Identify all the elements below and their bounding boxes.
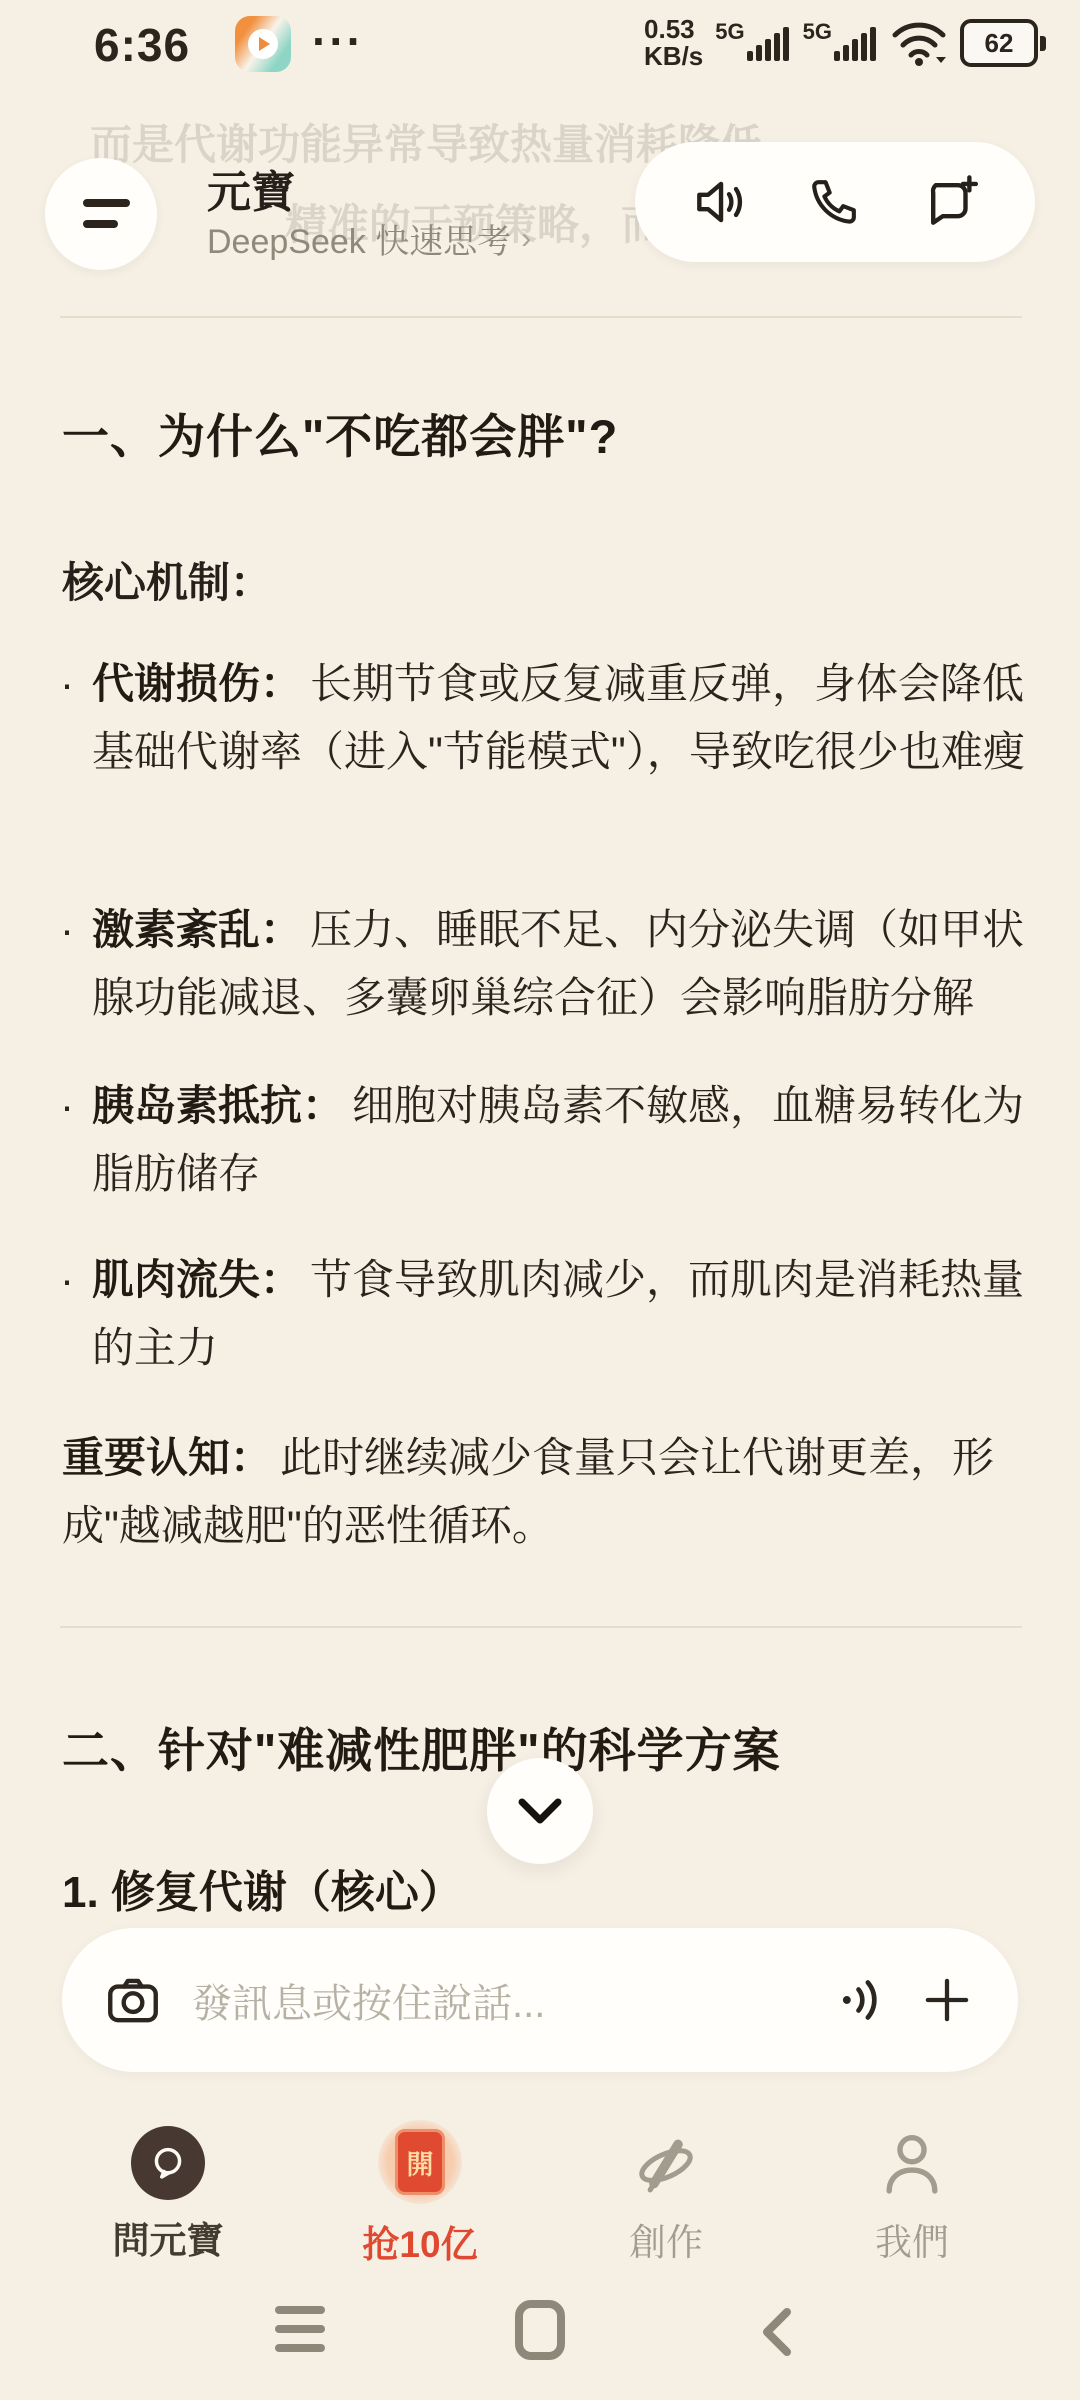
voice-input-icon[interactable] (834, 1972, 890, 2028)
play-icon (248, 29, 278, 59)
sim1-signal: 5G (715, 25, 790, 61)
status-app-icon (235, 16, 291, 72)
bullet-muscle-loss: ·肌肉流失：节食导致肌肉减少，而肌肉是消耗热量的主力 (92, 1246, 1030, 1382)
android-back-button[interactable] (755, 2304, 797, 2360)
bullet-dot: · (60, 896, 74, 964)
phone-call-icon[interactable] (806, 173, 864, 231)
important-term: 重要认知： (62, 1434, 272, 1481)
net-speed-unit: KB/s (644, 43, 703, 70)
bullet-hormone-disorder: ·激素紊乱：压力、睡眠不足、内分泌失调（如甲状腺功能减退、多囊卵巢综合征）会影响… (92, 896, 1030, 1032)
person-icon (874, 2126, 950, 2202)
model-selector[interactable]: DeepSeek 快速思考 › (207, 214, 531, 263)
section-divider (60, 316, 1022, 318)
tab-label: 我們 (875, 2212, 949, 2266)
core-mechanism-label: 核心机制： (62, 550, 994, 610)
tab-create[interactable]: 創作 (546, 2126, 786, 2266)
android-menu-button[interactable] (275, 2306, 325, 2352)
signal-bars-icon (747, 25, 791, 61)
red-envelope-open-char: 開 (407, 2143, 434, 2182)
bullet-metabolic-damage: ·代谢损伤：长期节食或反复减重反弹，身体会降低基础代谢率（进入"节能模式"），导… (92, 650, 1030, 786)
signal-bars-icon (834, 25, 878, 61)
speaker-icon[interactable] (689, 171, 751, 233)
app-screen: 而是代谢功能异常导致热量消耗降低 精准的干预策略，而非单纯节食 6:36 ···… (0, 0, 1080, 2400)
sim1-5g-label: 5G (715, 19, 744, 45)
section-divider (60, 1626, 1022, 1628)
model-selector-label: DeepSeek 快速思考 (207, 214, 511, 263)
android-home-button[interactable] (515, 2300, 565, 2360)
bullet-term: 胰岛素抵抗： (92, 1082, 344, 1129)
subsection-heading: 1. 修复代谢（核心） (62, 1856, 994, 1920)
important-note: 重要认知：此时继续减少食量只会让代谢更差，形成"越减越肥"的恶性循环。 (62, 1424, 996, 1560)
sim2-5g-label: 5G (803, 19, 832, 45)
tab-ask-yuanbao[interactable]: 問元寶 (48, 2126, 288, 2264)
chevron-down-icon (516, 1796, 564, 1826)
new-chat-icon[interactable] (919, 171, 981, 233)
tab-grab-1-billion[interactable]: 開 抢10亿 (300, 2120, 540, 2268)
creation-pen-icon (628, 2126, 704, 2202)
hamburger-icon (83, 199, 130, 207)
network-speed: 0.53 KB/s (644, 16, 703, 70)
status-more-dots: ··· (312, 14, 364, 68)
bullet-dot: · (60, 1072, 74, 1140)
tab-label: 問元寶 (113, 2210, 224, 2264)
net-speed-value: 0.53 (644, 16, 695, 43)
bullet-insulin-resistance: ·胰岛素抵抗：细胞对胰岛素不敏感，血糖易转化为脂肪储存 (92, 1072, 1030, 1208)
tab-us[interactable]: 我們 (792, 2126, 1032, 2266)
chat-bubble-icon (131, 2126, 205, 2200)
tab-label: 抢10亿 (362, 2214, 477, 2268)
sim2-signal: 5G (803, 25, 878, 61)
battery-indicator: 62 (960, 19, 1046, 67)
wifi-icon (890, 19, 948, 67)
add-attachment-icon[interactable] (920, 1973, 974, 2027)
tab-label: 創作 (629, 2212, 703, 2266)
red-envelope-icon: 開 (378, 2120, 462, 2204)
scroll-to-bottom-button[interactable] (487, 1758, 593, 1864)
bullet-term: 肌肉流失： (92, 1256, 302, 1303)
section-heading-1: 一、为什么"不吃都会胖"? (62, 400, 1012, 467)
bullet-term: 代谢损伤： (92, 660, 302, 707)
message-input-placeholder[interactable]: 發訊息或按住說話... (192, 1972, 834, 2029)
bullet-dot: · (60, 650, 74, 718)
bullet-dot: · (60, 1246, 74, 1314)
hamburger-icon (83, 220, 118, 228)
page-title: 元寶 (207, 156, 295, 220)
chevron-right-icon: › (521, 222, 531, 256)
status-time: 6:36 (94, 18, 190, 72)
camera-icon[interactable] (102, 1969, 164, 2031)
header-actions-pill (635, 142, 1035, 262)
message-input-bar[interactable]: 發訊息或按住說話... (62, 1928, 1018, 2072)
bullet-term: 激素紊乱： (92, 906, 302, 953)
status-right-cluster: 0.53 KB/s 5G 5G (644, 16, 1046, 70)
menu-button[interactable] (45, 158, 157, 270)
battery-percent: 62 (985, 28, 1014, 59)
